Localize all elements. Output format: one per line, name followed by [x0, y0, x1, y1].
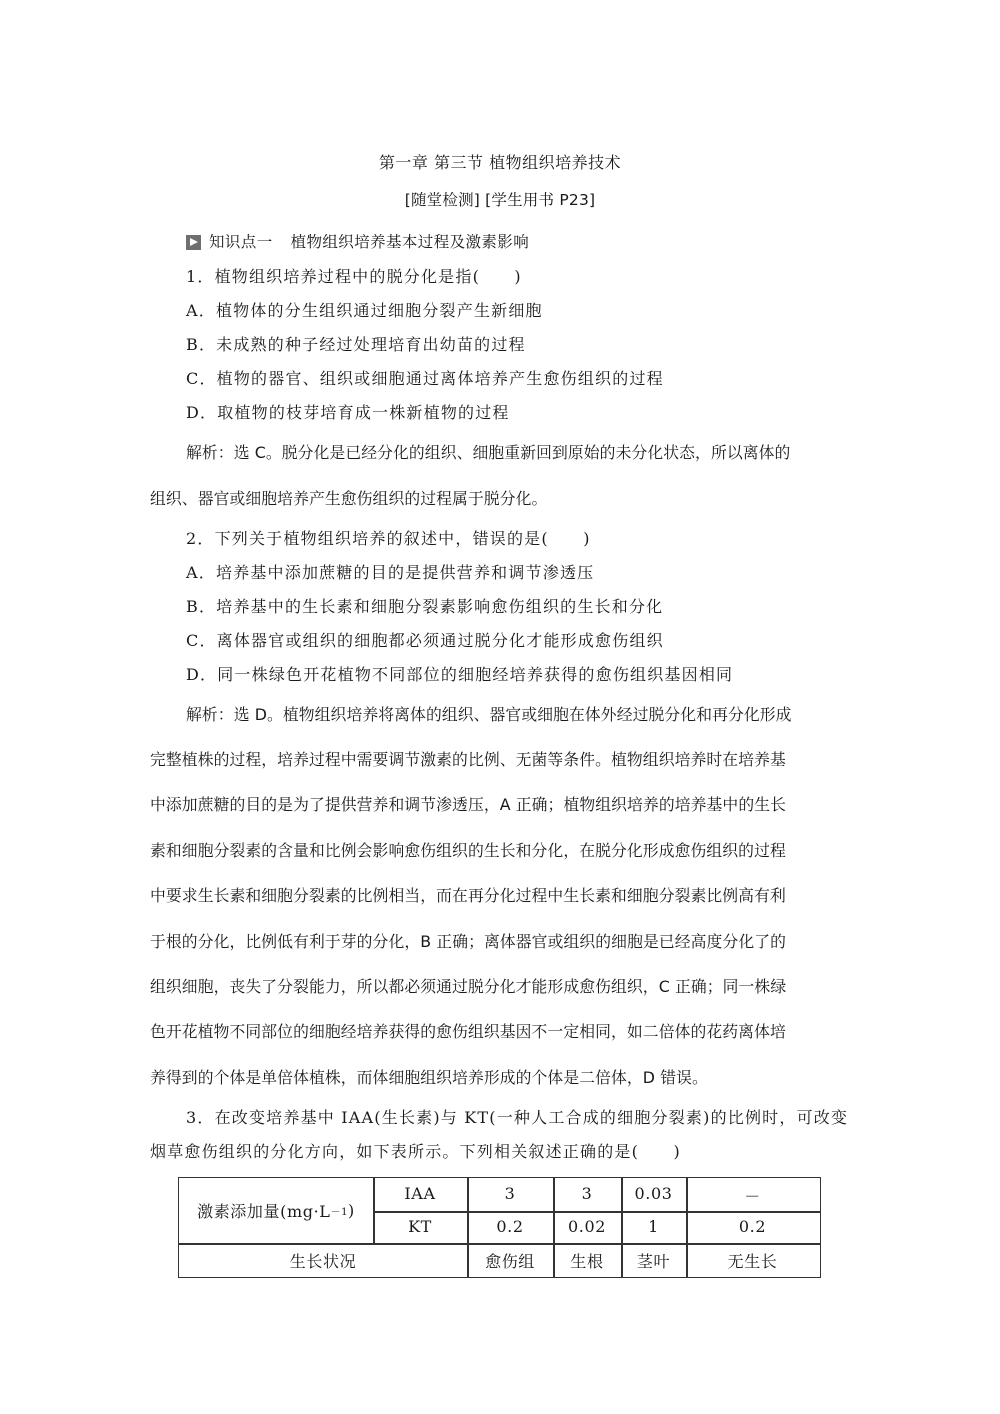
question-2-option-c: C．离体器官或组织的细胞都必须通过脱分化才能形成愈伤组织: [186, 631, 664, 651]
knowledge-point-title: 植物组织培养基本过程及激素影响: [291, 232, 530, 252]
question-2-option-d: D．同一株绿色开花植物不同部位的细胞经培养获得的愈伤组织基因相同: [186, 665, 733, 685]
question-3-stem-line: 烟草愈伤组织的分化方向，如下表所示。下列相关叙述正确的是( ): [150, 1142, 681, 1162]
question-1-option-b: B．未成熟的种子经过处理培育出幼苗的过程: [186, 335, 526, 355]
question-3-stem-line: 3．在改变培养基中 IAA(生长素)与 KT(一种人工合成的细胞分裂素)的比例时…: [186, 1108, 848, 1128]
row-header-text: 激素添加量(mg·L: [197, 1199, 330, 1222]
question-1-option-c: C．植物的器官、组织或细胞通过离体培养产生愈伤组织的过程: [186, 369, 664, 389]
table-cell-growth-value: 愈伤组: [467, 1243, 553, 1277]
question-2-stem: 2．下列关于植物组织培养的叙述中，错误的是( ): [186, 529, 591, 549]
section-subtitle: [随堂检测] [学生用书 P23]: [0, 190, 1000, 210]
question-1-option-d: D．取植物的枝芽培育成一株新植物的过程: [186, 403, 510, 423]
table-cell-iaa-value: 3: [553, 1178, 621, 1211]
question-2-option-a: A．培养基中添加蔗糖的目的是提供营养和调节渗透压: [186, 563, 594, 583]
question-2-analysis-line: 中要求生长素和细胞分裂素的比例相当，而在再分化过程中生长素和细胞分裂素比例高有利: [150, 886, 786, 906]
table-cell-growth-value: 无生长: [686, 1243, 819, 1277]
question-2-analysis-line: 组织细胞，丧失了分裂能力，所以都必须通过脱分化才能形成愈伤组织，C 正确；同一株…: [150, 977, 786, 997]
question-2-analysis-line: 中添加蔗糖的目的是为了提供营养和调节渗透压，A 正确；植物组织培养的培养基中的生…: [150, 795, 786, 815]
chapter-title: 第一章 第三节 植物组织培养技术: [0, 153, 1000, 173]
table-cell-kt-value: 1: [621, 1211, 686, 1243]
row-header-superscript: －1: [330, 1203, 348, 1218]
question-2-analysis-line: 色开花植物不同部位的细胞经培养获得的愈伤组织基因不一定相同，如二倍体的花药离体培: [150, 1022, 786, 1042]
question-1-stem: 1．植物组织培养过程中的脱分化是指( ): [186, 267, 522, 287]
hormone-table: 激素添加量(mg·L－1) IAA 3 3 0.03 － KT 0.2 0.02…: [178, 1177, 821, 1278]
question-1-analysis-line: 解析：选 C。脱分化是已经分化的组织、细胞重新回到原始的未分化状态，所以离体的: [186, 443, 790, 463]
question-2-analysis-line: 养得到的个体是单倍体植株，而体细胞组织培养形成的个体是二倍体，D 错误。: [150, 1068, 708, 1088]
table-cell-kt-value: 0.2: [467, 1211, 553, 1243]
table-cell-growth-label: 生长状况: [179, 1243, 467, 1277]
question-2-analysis-line: 于根的分化，比例低有利于芽的分化，B 正确；离体器官或组织的细胞是已经高度分化了…: [150, 932, 786, 952]
question-2-analysis-line: 完整植株的过程，培养过程中需要调节激素的比例、无菌等条件。植物组织培养时在培养基: [150, 750, 786, 770]
table-cell-iaa-value: 3: [467, 1178, 553, 1211]
table-cell-growth-value: 茎叶: [621, 1243, 686, 1277]
document-page: 第一章 第三节 植物组织培养技术 [随堂检测] [学生用书 P23] 知识点一 …: [0, 0, 1000, 1414]
row-header-close: ): [348, 1201, 355, 1220]
question-1-option-a: A．植物体的分生组织通过细胞分裂产生新细胞: [186, 301, 543, 321]
table-cell-growth-value: 生根: [553, 1243, 621, 1277]
table-cell-iaa-value: －: [686, 1178, 819, 1211]
table-cell-kt-label: KT: [373, 1211, 467, 1243]
knowledge-point-heading: 知识点一 植物组织培养基本过程及激素影响: [186, 232, 529, 252]
table-cell-kt-value: 0.2: [686, 1211, 819, 1243]
table-cell-iaa-value: 0.03: [621, 1178, 686, 1211]
question-2-analysis-line: 解析：选 D。植物组织培养将离体的组织、器官或细胞在体外经过脱分化和再分化形成: [186, 705, 792, 725]
question-2-option-b: B．培养基中的生长素和细胞分裂素影响愈伤组织的生长和分化: [186, 597, 663, 617]
knowledge-point-label: 知识点一: [209, 232, 273, 252]
question-2-analysis-line: 素和细胞分裂素的含量和比例会影响愈伤组织的生长和分化，在脱分化形成愈伤组织的过程: [150, 841, 786, 861]
table-cell-iaa-label: IAA: [373, 1178, 467, 1211]
question-1-analysis-line: 组织、器官或细胞培养产生愈伤组织的过程属于脱分化。: [150, 489, 547, 509]
table-row-header-hormone: 激素添加量(mg·L－1): [179, 1178, 373, 1243]
play-icon: [186, 235, 201, 250]
table-cell-kt-value: 0.02: [553, 1211, 621, 1243]
